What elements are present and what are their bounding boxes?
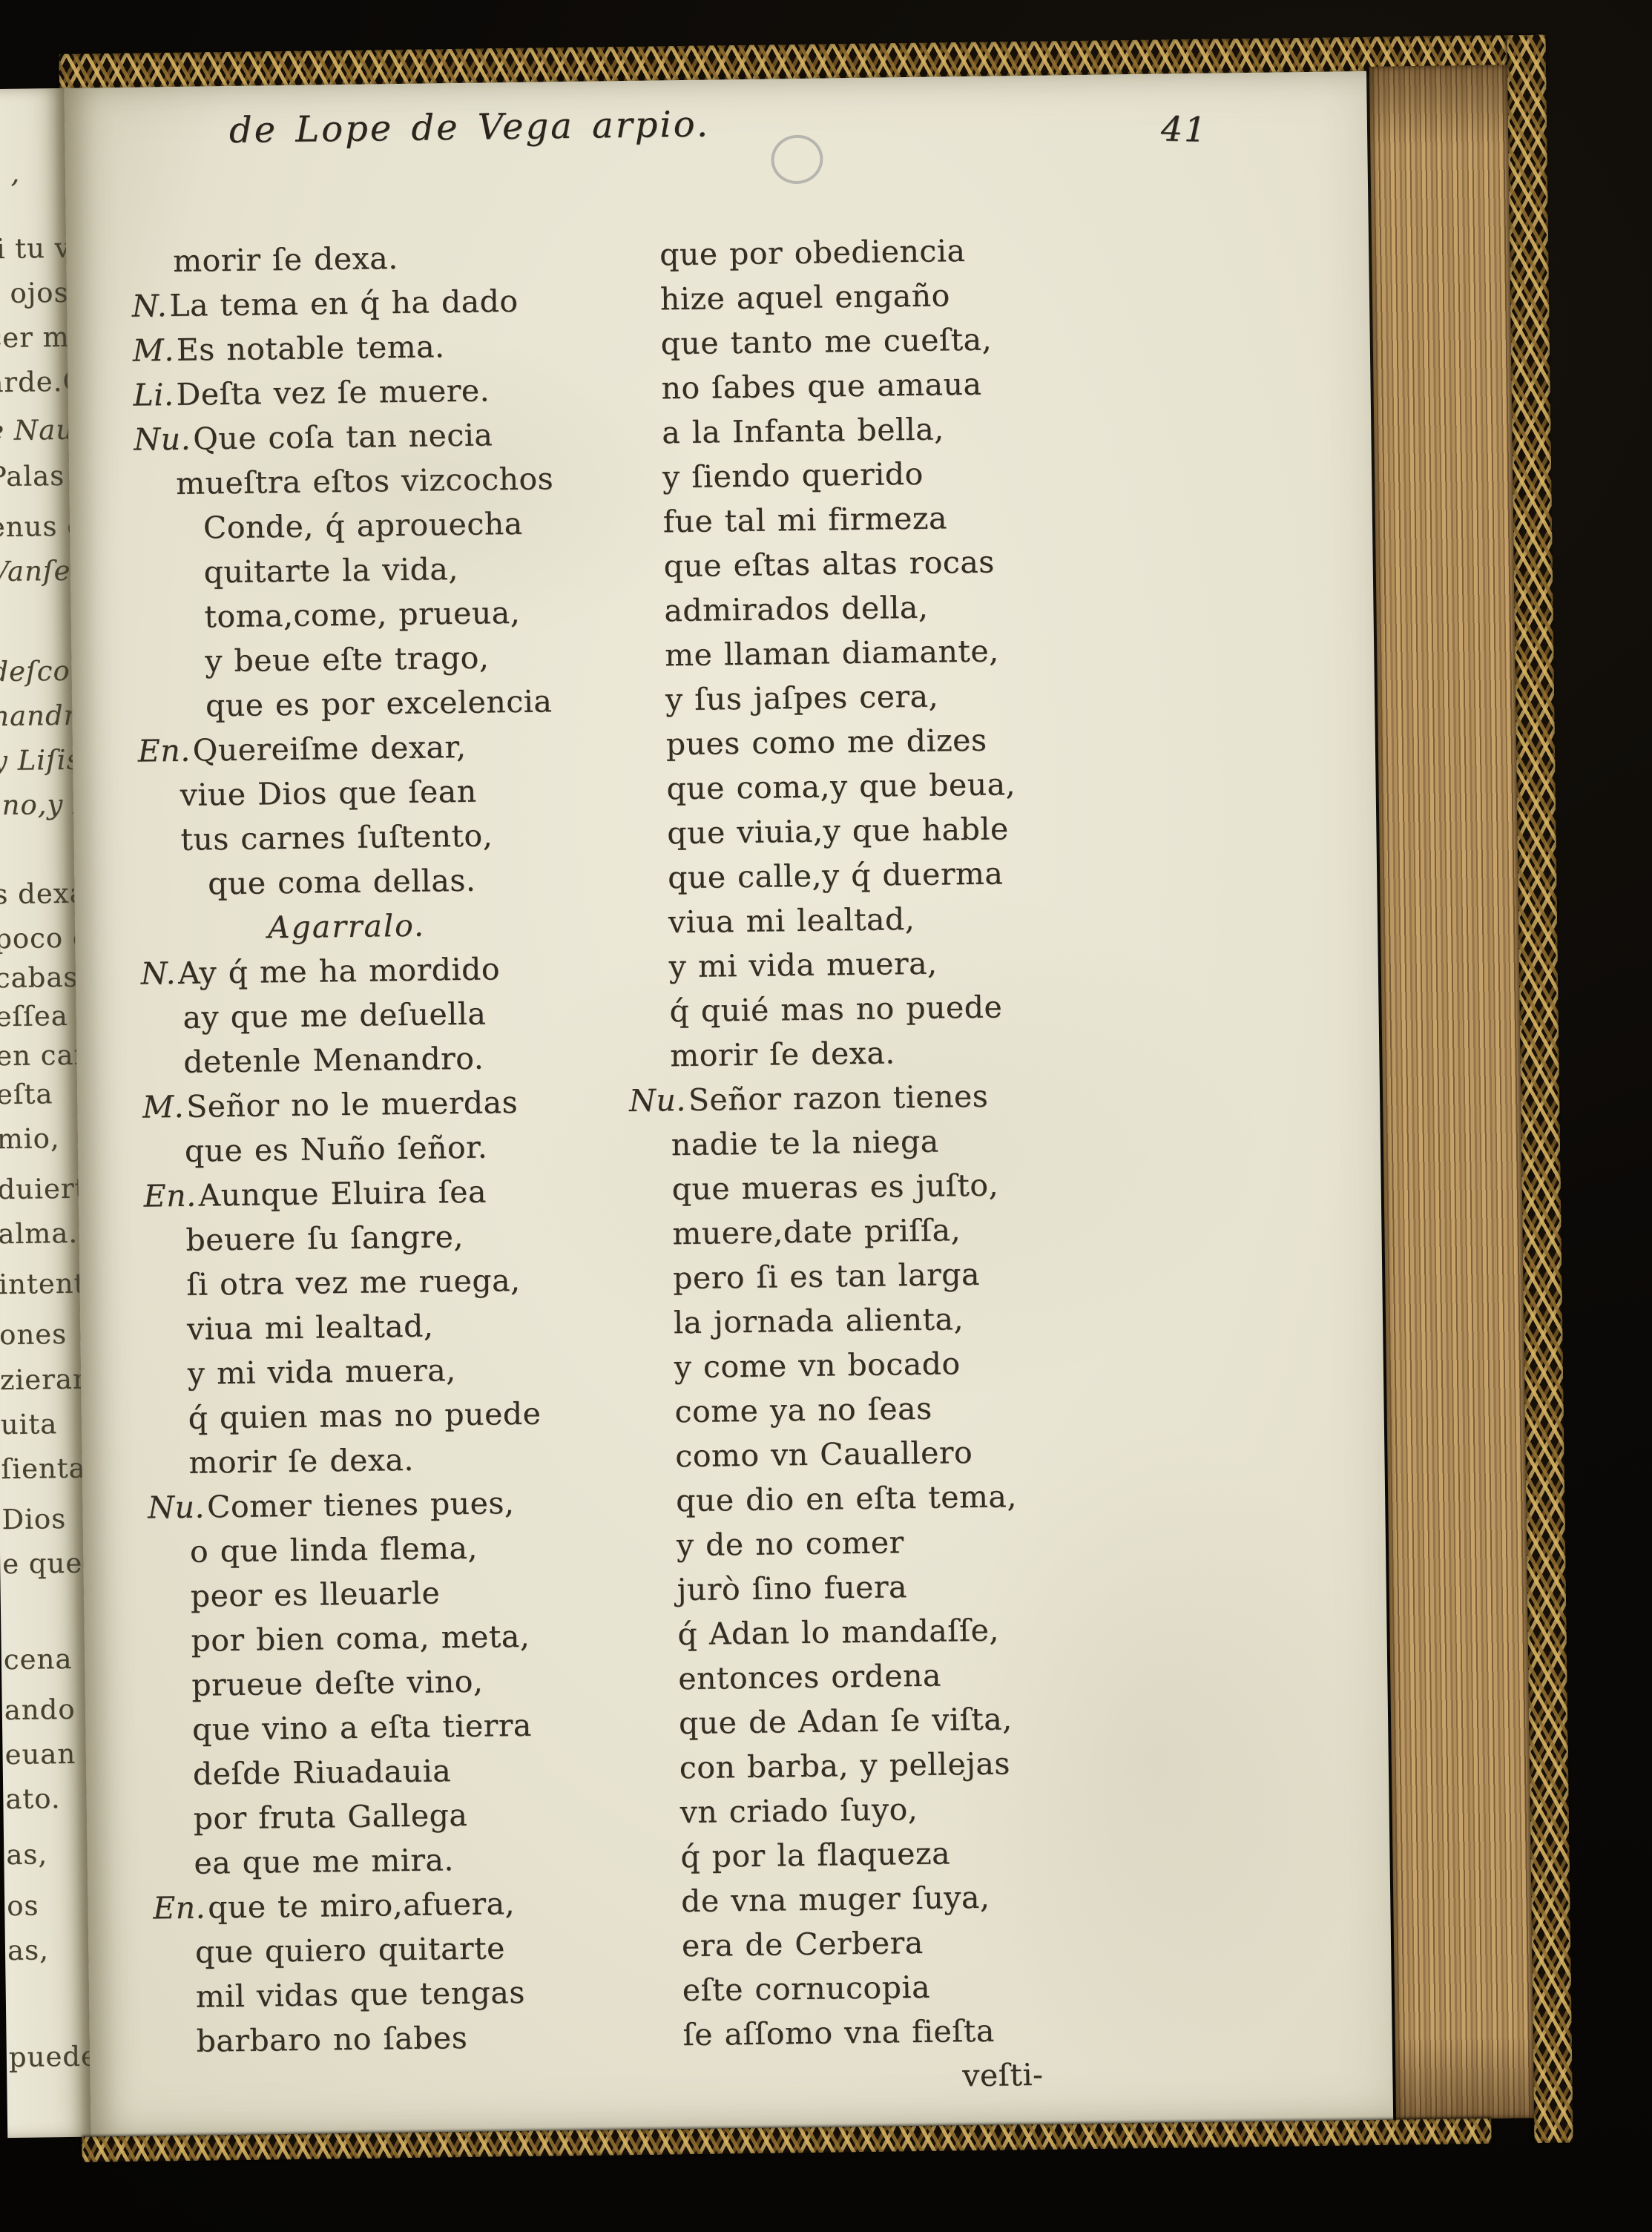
verse-text: Ay q́ me ha mordido bbox=[178, 951, 501, 991]
verse-line: viua mi lealtad, bbox=[627, 893, 1169, 945]
verse-text: admirados della, bbox=[664, 590, 929, 629]
verse-text: La tema en q́ ha dado bbox=[169, 283, 519, 323]
verse-line: por fruta Gallega bbox=[151, 1791, 642, 1842]
verse-line: fue tal mi firmeza bbox=[621, 493, 1163, 545]
verse-line: prueue deſte vino, bbox=[150, 1657, 640, 1708]
verse-text: morir ſe dexa. bbox=[670, 1035, 895, 1073]
verse-text: y mi vida muera, bbox=[668, 946, 937, 985]
verse-line: que viuia,y que hable bbox=[625, 804, 1168, 856]
verse-line: morir ſe dexa. bbox=[147, 1435, 637, 1486]
verse-text: por bien coma, meta, bbox=[191, 1619, 530, 1659]
page: de Lope de Vega arpio. 41 morir ſe dexa.… bbox=[64, 71, 1393, 2137]
speaker-label: M. bbox=[142, 1089, 187, 1125]
verse-line: como vn Cauallero bbox=[634, 1427, 1176, 1479]
verse-line: viue Dios que ſean bbox=[138, 767, 628, 818]
speaker-label: N. bbox=[132, 288, 170, 324]
verse-text: que es Nuño ſeñor. bbox=[185, 1130, 488, 1169]
verse-text: entonces ordena bbox=[678, 1658, 941, 1697]
verse-text: come ya no ſeas bbox=[674, 1391, 932, 1430]
verse-text: Conde, q́ aprouecha bbox=[203, 506, 523, 546]
verse-text: q́ quié mas no puede bbox=[669, 989, 1002, 1029]
verse-text: y come vn bocado bbox=[674, 1346, 960, 1385]
verse-text: y beue eſte trago, bbox=[205, 639, 490, 679]
verse-line: que por obediencia bbox=[618, 226, 1160, 278]
verse-line: En.Quereiſme dexar, bbox=[137, 722, 628, 774]
speaker-label: M. bbox=[132, 332, 177, 369]
margin-fragment: eſſea bbox=[0, 1002, 68, 1030]
verse-text: pero ſi es tan larga bbox=[673, 1257, 980, 1296]
verse-text: viua mi lealtad, bbox=[187, 1308, 434, 1346]
verse-text: como vn Cauallero bbox=[675, 1435, 973, 1474]
verse-text: o que linda flema, bbox=[190, 1530, 478, 1570]
verse-line: que eſtas altas rocas bbox=[622, 538, 1164, 590]
verse-line: a la Infanta bella, bbox=[620, 404, 1162, 456]
verse-text: jurò ſino fuera bbox=[677, 1569, 907, 1607]
verse-text: Es notable tema. bbox=[176, 329, 444, 368]
verse-line: hize aquel engaño bbox=[619, 271, 1161, 323]
verse-line: q́ Adan lo mandaſſe, bbox=[636, 1605, 1178, 1657]
verse-text: vn criado ſuyo, bbox=[679, 1791, 918, 1830]
verse-line: ay que me deſuella bbox=[141, 990, 631, 1041]
verse-text: mil vidas que tengas bbox=[196, 1975, 526, 2015]
margin-fragment: os bbox=[7, 1892, 39, 1920]
verse-line: En.que te miro,afuera, bbox=[153, 1880, 643, 1931]
stage-direction: Agarralo. bbox=[140, 901, 631, 952]
verse-text: tus carnes ſuſtento, bbox=[180, 817, 493, 857]
margin-fragment: puede bbox=[9, 2043, 91, 2072]
speaker-label: Nu. bbox=[134, 421, 193, 458]
verse-text: que dio en eſta tema, bbox=[676, 1478, 1017, 1518]
verse-line: M.Es notable tema. bbox=[132, 322, 622, 373]
verse-text: y ſiendo querido bbox=[662, 456, 924, 496]
verse-line: N.Ay q́ me ha mordido bbox=[140, 945, 631, 996]
verse-line: la jornada alienta, bbox=[632, 1294, 1174, 1346]
verse-text: la jornada alienta, bbox=[674, 1301, 964, 1340]
margin-fragment: cena bbox=[4, 1645, 73, 1673]
verse-text: que quiero quitarte bbox=[195, 1930, 505, 1969]
verse-text: Agarralo. bbox=[268, 908, 426, 946]
verse-line: y mi vida muera, bbox=[627, 938, 1169, 990]
margin-fragment: ſientas. bbox=[1, 1454, 91, 1483]
margin-fragment: euan bbox=[4, 1740, 76, 1768]
margin-fragment: eſta bbox=[0, 1080, 53, 1108]
verse-line: morir ſe dexa. bbox=[131, 233, 622, 284]
verse-line: que tanto me cueſta, bbox=[619, 315, 1161, 367]
verse-text: muere,date priſſa, bbox=[672, 1212, 961, 1251]
verse-line: que es por excelencia bbox=[137, 678, 628, 729]
verse-text: que es por excelencia bbox=[205, 683, 553, 723]
verse-line: o que linda flema, bbox=[148, 1524, 639, 1575]
verse-line: me llaman diamante, bbox=[623, 627, 1165, 679]
margin-fragment: as, bbox=[6, 1840, 47, 1869]
verse-text: viue Dios que ſean bbox=[180, 774, 477, 813]
margin-fragment: intentas bbox=[0, 1269, 91, 1298]
verse-text: que coma,y que beua, bbox=[666, 766, 1016, 806]
verse-text: y mi vida muera, bbox=[188, 1352, 456, 1392]
verse-text: que viuia,y que hable bbox=[667, 811, 1009, 851]
speaker-label: Nu. bbox=[148, 1489, 207, 1526]
verse-text: eſte cornucopia bbox=[682, 1969, 930, 2008]
verse-text: hize aquel engaño bbox=[660, 277, 950, 317]
verse-text: barbaro no ſabes bbox=[196, 2020, 467, 2059]
verse-line: eſte cornucopia bbox=[640, 1961, 1182, 2013]
verse-text: ſe aſſomo vna fieſta bbox=[682, 2013, 995, 2052]
margin-fragments: e ,ſi tu vas,s ojos nocer mi enearde.O.M… bbox=[0, 88, 64, 89]
verse-line: quitarte la vida, bbox=[135, 544, 625, 596]
verse-text: y ſus jaſpes cera, bbox=[665, 679, 939, 718]
verse-text: Comer tienes pues, bbox=[207, 1485, 515, 1524]
verse-line: pues como me dizes bbox=[624, 716, 1166, 768]
verse-column-right: que por obedienciahize aquel engañoque t… bbox=[618, 226, 1184, 2102]
verse-line: Conde, q́ aprouecha bbox=[135, 500, 625, 551]
verse-line: ſi otra vez me ruega, bbox=[145, 1257, 635, 1308]
verse-line: y beue eſte trago, bbox=[136, 633, 627, 685]
verse-text: no ſabes que amaua bbox=[661, 366, 981, 406]
verse-text: ay que me deſuella bbox=[182, 996, 486, 1036]
verse-line: nadie te la niega bbox=[629, 1116, 1171, 1168]
verse-line: por bien coma, meta, bbox=[149, 1613, 639, 1664]
verse-line: que quiero quitarte bbox=[154, 1924, 644, 1975]
verse-text: viua mi lealtad, bbox=[668, 901, 915, 940]
verse-text: veſti- bbox=[962, 2057, 1044, 2093]
verse-text: Aunque Eluira ſea bbox=[198, 1174, 487, 1214]
verse-text: quitarte la vida, bbox=[203, 551, 458, 590]
verse-line: que de Adan ſe viſta, bbox=[637, 1694, 1179, 1746]
margin-fragment: cabas. bbox=[0, 964, 88, 992]
verse-text: fue tal mi firmeza bbox=[663, 500, 948, 539]
verse-text: prueue deſte vino, bbox=[191, 1664, 484, 1703]
verse-line: mil vidas que tengas bbox=[154, 1969, 644, 2020]
verse-line: que dio en eſta tema, bbox=[634, 1472, 1177, 1524]
verse-text: que calle,y q́ duerma bbox=[668, 855, 1004, 895]
verse-text: q́ quien mas no puede bbox=[188, 1396, 541, 1436]
book-photograph: e ,ſi tu vas,s ojos nocer mi enearde.O.M… bbox=[0, 0, 1652, 2232]
verse-line: que calle,y q́ duerma bbox=[626, 849, 1168, 901]
verse-line: y ſiendo querido bbox=[621, 449, 1163, 501]
verse-line: entonces ordena bbox=[636, 1650, 1179, 1702]
verse-line: morir ſe dexa. bbox=[628, 1027, 1171, 1079]
verse-text: que coma dellas. bbox=[208, 863, 476, 902]
verse-line: Nu.Que coſa tan necia bbox=[134, 411, 624, 462]
verse-text: nadie te la niega bbox=[671, 1124, 939, 1163]
verse-text: era de Cerbera bbox=[682, 1925, 924, 1963]
verse-text: mueſtra eſtos vizcochos bbox=[176, 461, 554, 501]
margin-fragment: Vanſe. bbox=[0, 557, 80, 586]
verse-line: jurò ſino fuera bbox=[635, 1561, 1177, 1613]
verse-line: ea que me mira. bbox=[152, 1835, 642, 1886]
verse-text: a la Infanta bella, bbox=[662, 411, 944, 450]
verse-text: q́ Adan lo mandaſſe, bbox=[677, 1613, 999, 1653]
verse-text: pues como me dizes bbox=[665, 722, 987, 763]
verse-line: y come vn bocado bbox=[632, 1338, 1174, 1390]
verse-text: que tanto me cueſta, bbox=[660, 322, 992, 362]
verse-line: barbaro no ſabes bbox=[154, 2013, 645, 2064]
verse-text: que mueras es juſto, bbox=[671, 1168, 998, 1208]
verse-line: no ſabes que amaua bbox=[619, 360, 1162, 412]
verse-line: y ſus jaſpes cera, bbox=[624, 671, 1166, 723]
verse-text: toma,come, prueua, bbox=[204, 595, 520, 635]
verse-line: Nu.Comer tienes pues, bbox=[148, 1479, 638, 1530]
speaker-label: En. bbox=[143, 1178, 198, 1214]
verse-line: Li.Deſta vez ſe muere. bbox=[133, 366, 623, 418]
verse-line: toma,come, prueua, bbox=[136, 589, 626, 640]
verse-line: come ya no ſeas bbox=[633, 1383, 1175, 1435]
verse-line: deſde Riuadauia bbox=[151, 1746, 642, 1797]
verse-line: viua mi lealtad, bbox=[145, 1301, 636, 1352]
verse-line: En.Aunque Eluira ſea bbox=[143, 1168, 634, 1219]
verse-text: que por obediencia bbox=[659, 233, 966, 272]
margin-fragment: uita bbox=[0, 1410, 57, 1438]
verse-line: mueſtra eſtos vizcochos bbox=[134, 455, 625, 507]
verse-line: M.Señor no le muerdas bbox=[142, 1079, 633, 1130]
margin-fragment: zieran, bbox=[0, 1365, 91, 1394]
verse-line: peor es lleuarle bbox=[148, 1568, 639, 1619]
catchword: veſti- bbox=[642, 2050, 1184, 2102]
margin-fragment: ones bbox=[0, 1320, 67, 1349]
verse-text: morir ſe dexa. bbox=[173, 240, 398, 279]
verse-text: Que coſa tan necia bbox=[193, 417, 493, 456]
verse-line: que vino a eſta tierra bbox=[151, 1702, 641, 1753]
verse-text: Señor no le muerdas bbox=[186, 1084, 519, 1125]
verse-line: tus carnes ſuſtento, bbox=[139, 812, 629, 863]
verse-text: por fruta Gallega bbox=[193, 1797, 467, 1837]
verse-line: que es Nuño ſeñor. bbox=[143, 1123, 634, 1174]
verse-text: morir ſe dexa. bbox=[188, 1442, 414, 1481]
verse-text: y de no comer bbox=[677, 1524, 904, 1563]
verse-line: admirados della, bbox=[622, 582, 1165, 634]
verse-text: me llaman diamante, bbox=[665, 633, 999, 673]
verse-text: con barba, y pellejas bbox=[679, 1745, 1011, 1785]
verse-line: detenle Menandro. bbox=[142, 1034, 632, 1085]
running-title: de Lope de Vega arpio. bbox=[229, 103, 711, 151]
margin-fragment: as, bbox=[7, 1936, 49, 1964]
verse-text: Deſta vez ſe muere. bbox=[176, 372, 490, 412]
margin-fragment: alma. bbox=[0, 1219, 78, 1248]
verse-line: q́ por la flaqueza bbox=[639, 1828, 1181, 1880]
verse-text: que eſtas altas rocas bbox=[663, 544, 995, 585]
ink-circle-mark bbox=[768, 131, 826, 188]
margin-fragment: ando bbox=[4, 1696, 76, 1724]
page-number: 41 bbox=[1160, 108, 1208, 149]
verse-text: ſi otra vez me ruega, bbox=[186, 1263, 521, 1303]
verse-line: que coma dellas. bbox=[139, 856, 630, 907]
speaker-label: N. bbox=[140, 955, 178, 992]
margin-fragment: e que lle bbox=[2, 1549, 91, 1578]
verse-text: Señor razon tienes bbox=[688, 1079, 989, 1118]
verse-line: que coma,y que beua, bbox=[625, 760, 1167, 812]
speaker-label: Li. bbox=[133, 377, 176, 413]
verse-text: de vna muger ſuya, bbox=[681, 1880, 990, 1919]
verse-line: y mi vida muera, bbox=[145, 1346, 636, 1397]
margin-fragment: ato. bbox=[5, 1785, 61, 1813]
speaker-label: Nu. bbox=[629, 1082, 688, 1119]
margin-fragment: duiertas bbox=[0, 1174, 91, 1203]
verse-line: que mueras es juſto, bbox=[630, 1160, 1172, 1212]
verse-line: y de no comer bbox=[635, 1516, 1177, 1568]
verse-line: beuere ſu ſangre, bbox=[144, 1212, 634, 1263]
verse-text: que te miro,afuera, bbox=[208, 1886, 515, 1925]
verse-text: ea que me mira. bbox=[194, 1842, 454, 1881]
verse-text: deſde Riuadauia bbox=[193, 1753, 452, 1792]
open-book: e ,ſi tu vas,s ojos nocer mi enearde.O.M… bbox=[0, 35, 1573, 2163]
verse-line: N.La tema en q́ ha dado bbox=[132, 277, 622, 329]
verse-line: pero ſi es tan larga bbox=[631, 1249, 1174, 1301]
verse-text: que de Adan ſe viſta, bbox=[679, 1701, 1013, 1741]
verse-line: con barba, y pellejas bbox=[637, 1739, 1179, 1791]
verse-text: beuere ſu ſangre, bbox=[185, 1219, 464, 1258]
verse-line: era de Cerbera bbox=[640, 1917, 1182, 1969]
verse-line: q́ quié mas no puede bbox=[628, 982, 1170, 1034]
margin-fragment: e , bbox=[0, 159, 20, 188]
verse-line: vn criado ſuyo, bbox=[638, 1783, 1180, 1835]
speaker-label: En. bbox=[138, 733, 193, 769]
verse-text: peor es lleuarle bbox=[190, 1575, 440, 1613]
speaker-label: En. bbox=[153, 1890, 208, 1926]
verse-line: q́ quien mas no puede bbox=[146, 1390, 636, 1441]
margin-fragment: Dios bbox=[1, 1505, 66, 1533]
verse-text: que vino a eſta tierra bbox=[192, 1708, 532, 1748]
gilt-fore-edge bbox=[1369, 65, 1534, 2119]
verse-column-left: morir ſe dexa.N.La tema en q́ ha dadoM.E… bbox=[131, 233, 645, 2064]
verse-text: Quereiſme dexar, bbox=[192, 729, 466, 768]
verse-text: q́ por la flaqueza bbox=[680, 1835, 950, 1874]
verse-text: detenle Menandro. bbox=[183, 1041, 484, 1080]
margin-fragment: mio, bbox=[0, 1125, 60, 1153]
verse-line: ſe aſſomo vna fieſta bbox=[641, 2006, 1183, 2058]
verse-line: Nu.Señor razon tienes bbox=[629, 1071, 1171, 1123]
verse-line: muere,date priſſa, bbox=[631, 1205, 1173, 1257]
verse-line: de vna muger ſuya, bbox=[639, 1872, 1182, 1924]
